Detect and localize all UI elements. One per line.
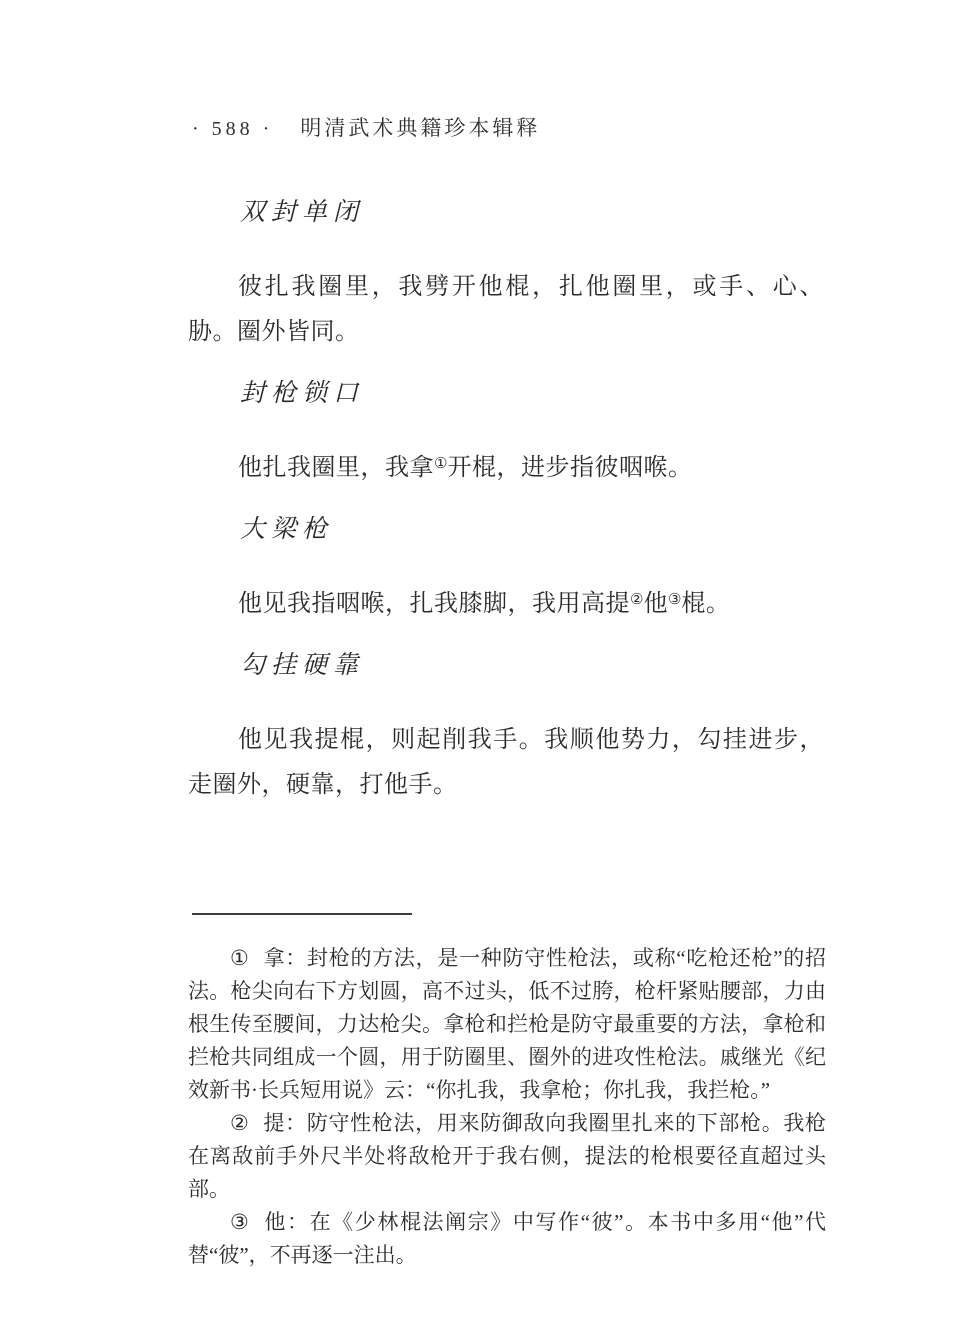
page-body: 双封单闭 彼扎我圈里，我劈开他棍，扎他圈里，或手、心、胁。圈外皆同。 封枪锁口 …: [188, 198, 824, 808]
footnote-ref: ①: [434, 456, 447, 472]
section-heading: 封枪锁口: [188, 379, 824, 409]
page-number: · 588 ·: [192, 118, 273, 140]
section-paragraph: 他见我提棍，则起削我手。我顺他势力，勾挂进步，走圈外，硬靠，打他手。: [188, 718, 824, 808]
footnote-item: ③他：在《少林棍法阐宗》中写作“彼”。本书中多用“他”代替“彼”，不再逐一注出。: [188, 1206, 826, 1272]
footnote-ref: ②: [630, 592, 643, 608]
section-heading: 双封单闭: [188, 198, 824, 228]
footnote-text: 拿：封枪的方法，是一种防守性枪法，或称“吃枪还枪”的招法。枪尖向右下方划圆，高不…: [188, 946, 826, 1102]
book-page: · 588 · 明清武术典籍珍本辑释 双封单闭 彼扎我圈里，我劈开他棍，扎他圈里…: [0, 0, 960, 1344]
footnote-text: 提：防守性枪法，用来防御敌向我圈里扎来的下部枪。我枪在离敌前手外尺半处将敌枪开于…: [188, 1111, 826, 1201]
section-paragraph: 他见我指咽喉，扎我膝脚，我用高提②他③棍。: [188, 582, 824, 627]
section-daliang-qiang: 大梁枪 他见我指咽喉，扎我膝脚，我用高提②他③棍。: [188, 515, 824, 627]
footnotes-block: ①拿：封枪的方法，是一种防守性枪法，或称“吃枪还枪”的招法。枪尖向右下方划圆，高…: [188, 913, 826, 1272]
footnote-separator-rule: [192, 913, 412, 915]
footnote-item: ①拿：封枪的方法，是一种防守性枪法，或称“吃枪还枪”的招法。枪尖向右下方划圆，高…: [188, 942, 826, 1107]
section-heading: 勾挂硬靠: [188, 651, 824, 681]
section-heading: 大梁枪: [188, 515, 824, 545]
footnote-ref: ③: [668, 592, 681, 608]
section-paragraph: 他扎我圈里，我拿①开棍，进步指彼咽喉。: [188, 446, 824, 491]
section-shuangfeng-danbi: 双封单闭 彼扎我圈里，我劈开他棍，扎他圈里，或手、心、胁。圈外皆同。: [188, 198, 824, 355]
running-header: · 588 · 明清武术典籍珍本辑释: [192, 112, 540, 142]
footnote-marker: ③: [230, 1210, 250, 1234]
book-title: 明清武术典籍珍本辑释: [300, 116, 540, 140]
section-gougua-yingkao: 勾挂硬靠 他见我提棍，则起削我手。我顺他势力，勾挂进步，走圈外，硬靠，打他手。: [188, 651, 824, 808]
section-paragraph: 彼扎我圈里，我劈开他棍，扎他圈里，或手、心、胁。圈外皆同。: [188, 265, 824, 355]
footnote-marker: ①: [230, 946, 250, 970]
footnote-item: ②提：防守性枪法，用来防御敌向我圈里扎来的下部枪。我枪在离敌前手外尺半处将敌枪开…: [188, 1107, 826, 1206]
section-fengqiang-suokou: 封枪锁口 他扎我圈里，我拿①开棍，进步指彼咽喉。: [188, 379, 824, 491]
footnote-marker: ②: [230, 1111, 250, 1135]
footnote-text: 他：在《少林棍法阐宗》中写作“彼”。本书中多用“他”代替“彼”，不再逐一注出。: [188, 1210, 826, 1267]
